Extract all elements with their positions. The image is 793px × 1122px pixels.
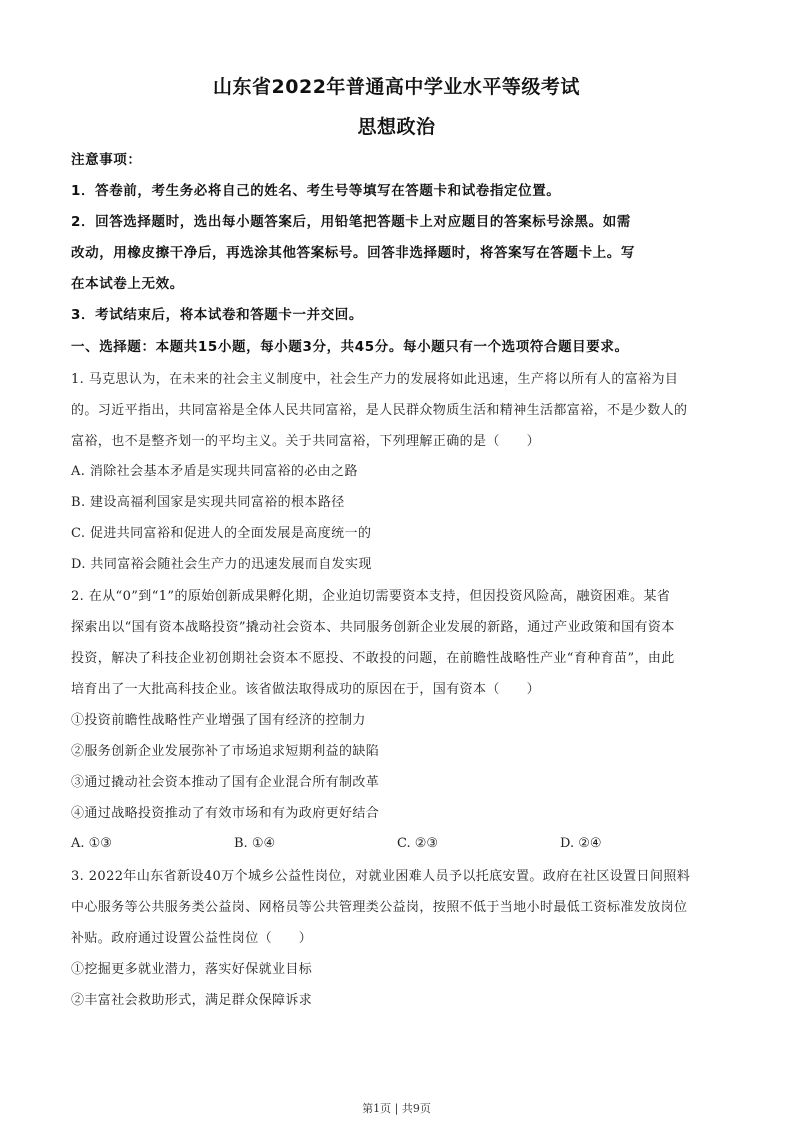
question-stem-line: 2. 在从“0”到“1”的原始创新成果孵化期，企业迫切需要资本支持，但因投资风险…: [71, 588, 721, 606]
notice-line: 3．考试结束后，将本试卷和答题卡一并交回。: [71, 306, 721, 324]
statement-2: ②丰富社会救助形式，满足群众保障诉求: [71, 992, 721, 1010]
exam-page: 山东省2022年普通高中学业水平等级考试 思想政治 注意事项： 1．答卷前，考生…: [0, 0, 793, 1122]
statement-1: ①挖掘更多就业潜力，落实好保就业目标: [71, 961, 721, 979]
answer-option-c: C. 促进共同富裕和促进人的全面发展是高度统一的: [71, 525, 721, 543]
answer-option-d: D. 共同富裕会随社会生产力的迅速发展而自发实现: [71, 556, 721, 574]
question-stem-line: 1. 马克思认为，在未来的社会主义制度中，社会生产力的发展将如此迅速，生产将以所…: [71, 371, 721, 389]
answer-option-b: B. 建设高福利国家是实现共同富裕的根本路径: [71, 494, 721, 512]
answer-option-d: D. ②④: [560, 836, 602, 851]
notice-line: 在本试卷上无效。: [71, 275, 721, 293]
section-heading: 一、选择题：本题共15小题，每小题3分，共45分。每小题只有一个选项符合题目要求…: [71, 338, 721, 356]
question-stem-line: 探索出以“国有资本战略投资”撬动社会资本、共同服务创新企业发展的新路，通过产业政…: [71, 619, 721, 637]
answer-option-a: A. ①③: [71, 836, 112, 851]
answer-option-b: B. ①④: [234, 836, 275, 851]
answer-option-a: A. 消除社会基本矛盾是实现共同富裕的必由之路: [71, 463, 721, 481]
statement-1: ①投资前瞻性战略性产业增强了国有经济的控制力: [71, 712, 721, 730]
statement-2: ②服务创新企业发展弥补了市场追求短期利益的缺陷: [71, 743, 721, 761]
statement-4: ④通过战略投资推动了有效市场和有为政府更好结合: [71, 805, 721, 823]
question-stem-line: 的。习近平指出，共同富裕是全体人民共同富裕，是人民群众物质生活和精神生活都富裕，…: [71, 402, 721, 420]
question-stem-line: 补贴。政府通过设置公益性岗位（ ）: [71, 930, 721, 948]
subject-title: 思想政治: [0, 112, 793, 139]
question-stem-line: 富裕，也不是整齐划一的平均主义。关于共同富裕，下列理解正确的是（ ）: [71, 433, 721, 451]
question-stem-line: 中心服务等公共服务类公益岗、网格员等公共管理类公益岗，按照不低于当地小时最低工资…: [71, 899, 721, 917]
notice-line: 1．答卷前，考生务必将自己的姓名、考生号等填写在答题卡和试卷指定位置。: [71, 182, 721, 200]
exam-title: 山东省2022年普通高中学业水平等级考试: [0, 72, 793, 99]
page-footer: 第1页 | 共9页: [0, 1100, 793, 1116]
notice-line: 改动，用橡皮擦干净后，再选涂其他答案标号。回答非选择题时，将答案写在答题卡上。写: [71, 244, 721, 262]
statement-3: ③通过撬动社会资本推动了国有企业混合所有制改革: [71, 774, 721, 792]
notice-heading: 注意事项：: [71, 151, 721, 169]
question-stem-line: 培育出了一大批高科技企业。该省做法取得成功的原因在于，国有资本（ ）: [71, 681, 721, 699]
question-stem-line: 投资，解决了科技企业初创期社会资本不愿投、不敢投的问题，在前瞻性战略性产业“育种…: [71, 650, 721, 668]
notice-line: 2．回答选择题时，选出每小题答案后，用铅笔把答题卡上对应题目的答案标号涂黑。如需: [71, 213, 721, 231]
question-stem-line: 3. 2022年山东省新设40万个城乡公益性岗位，对就业困难人员予以托底安置。政…: [71, 868, 721, 886]
answer-option-c: C. ②③: [397, 836, 438, 851]
